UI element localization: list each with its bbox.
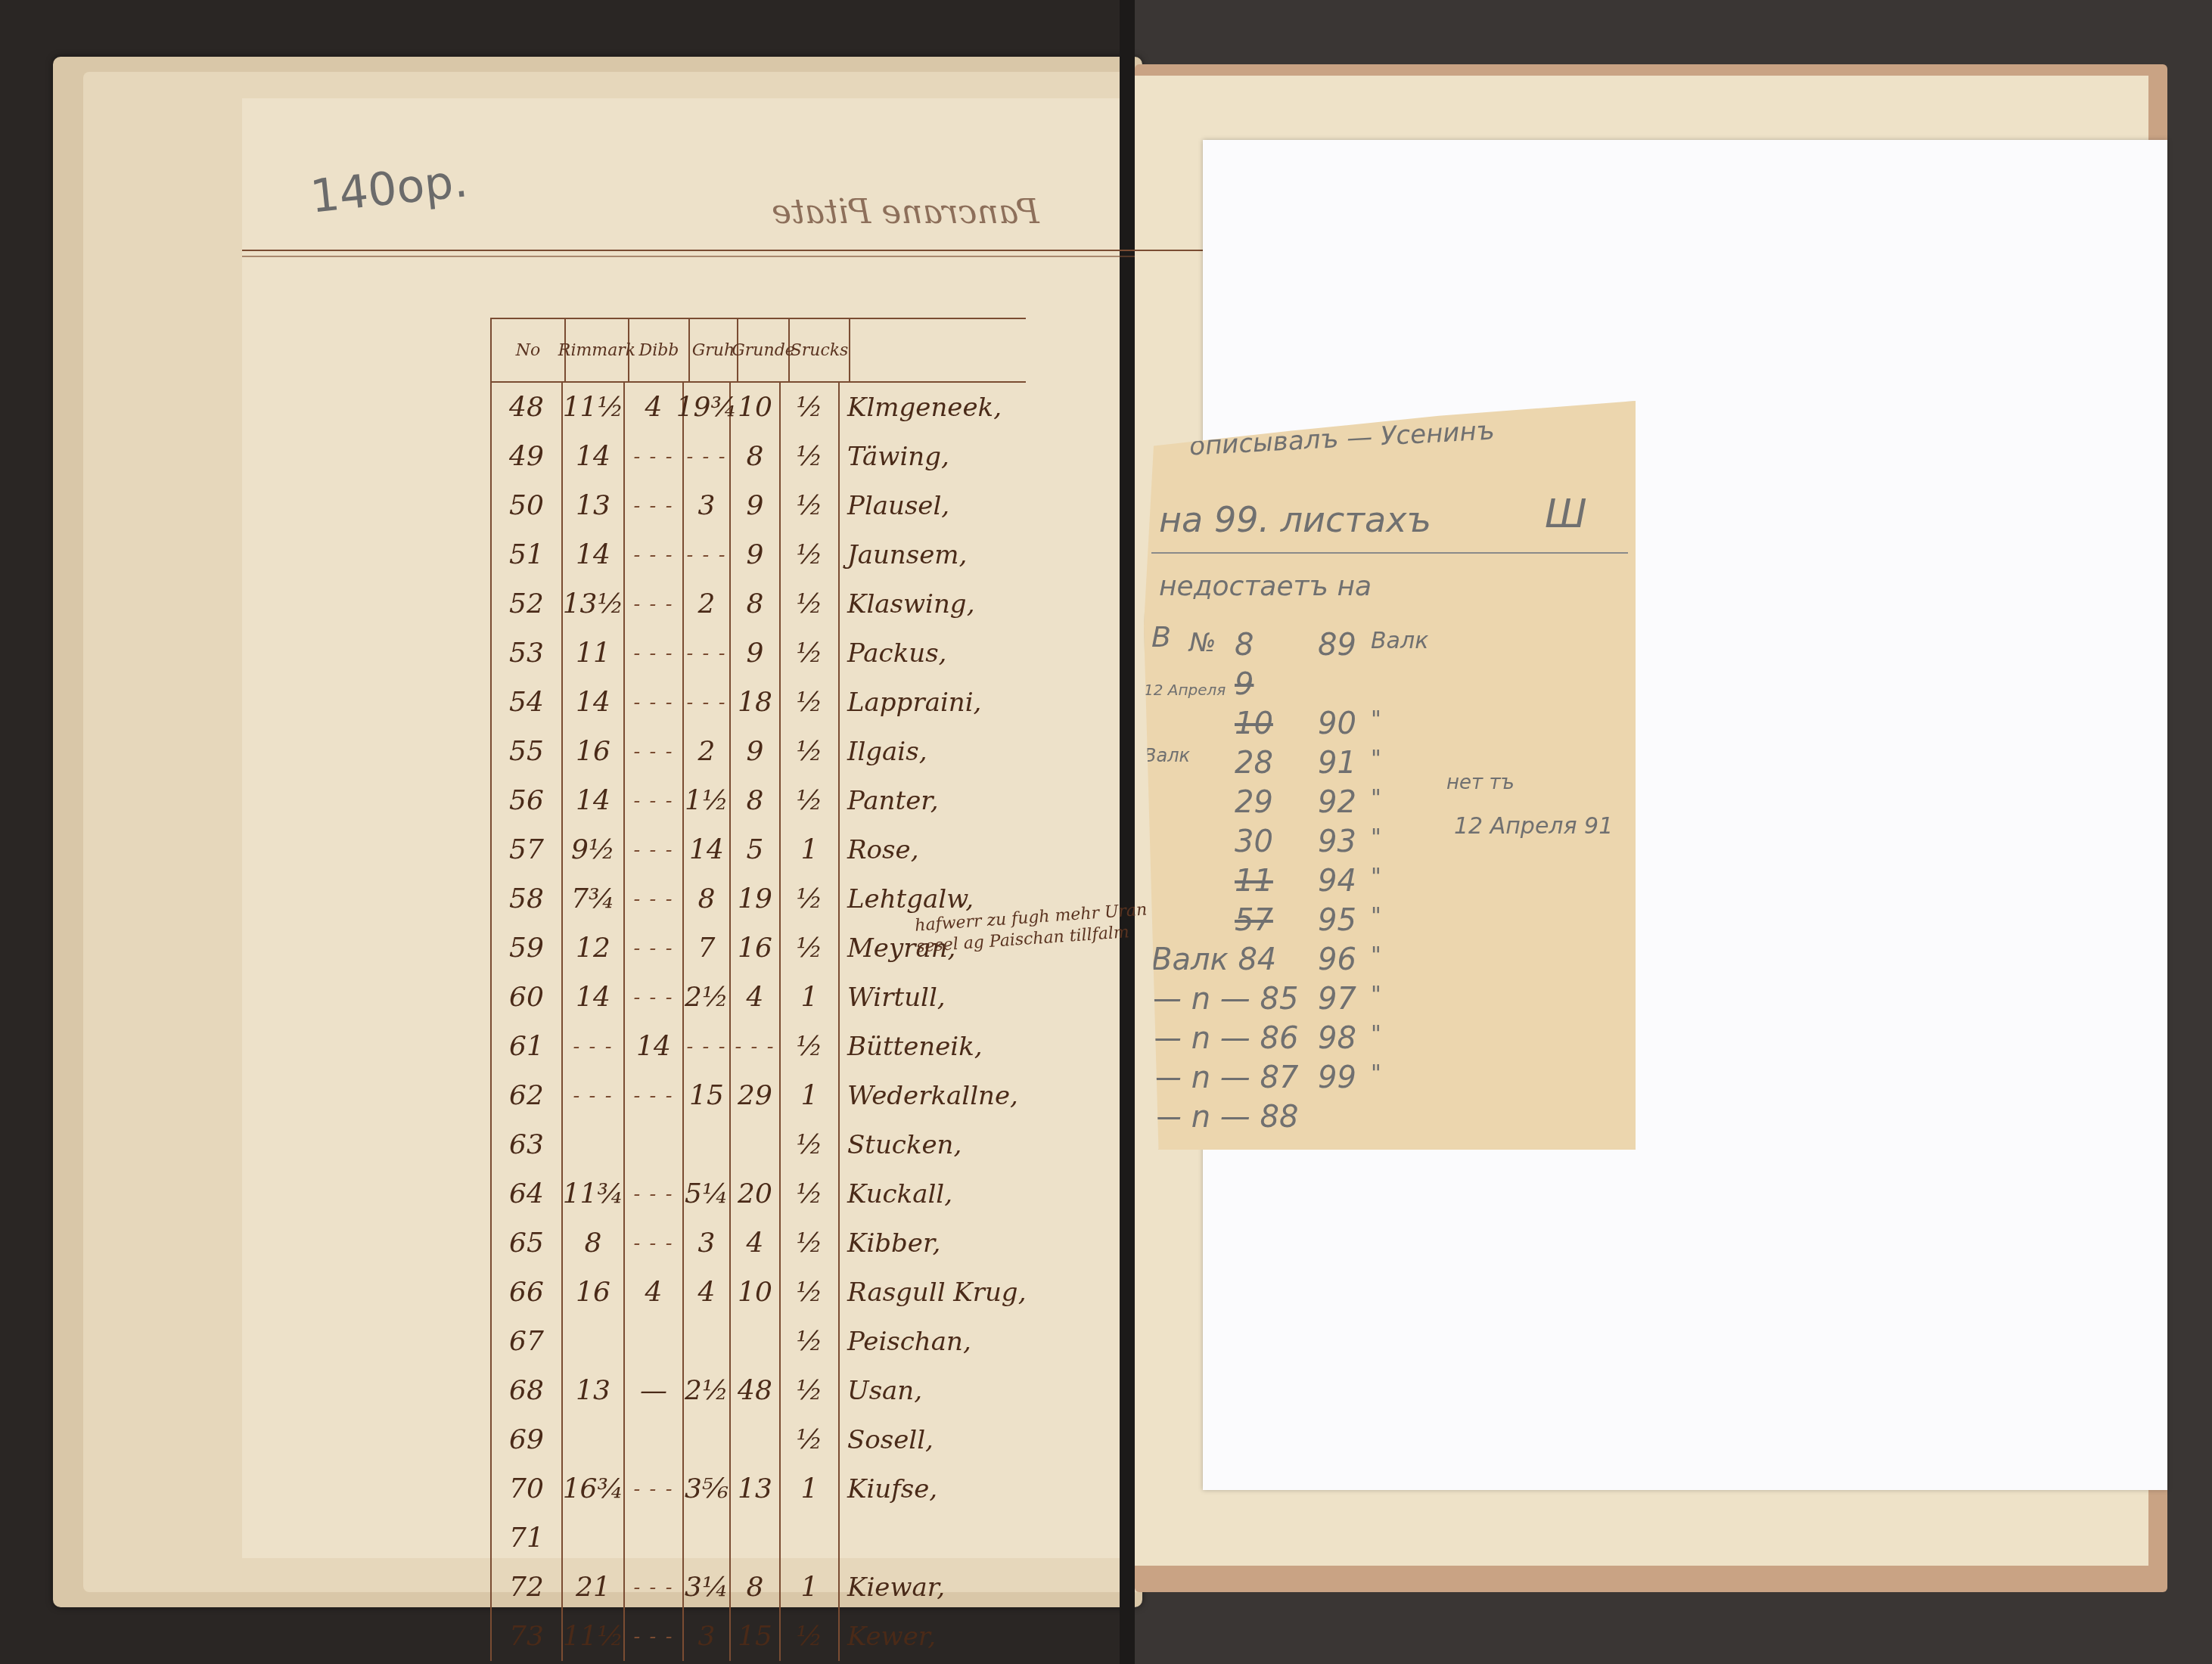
ledger-cell-no: 58 [490, 874, 563, 924]
ledger-row: 61- - -14- - -- - -½Bütteneik, [490, 1022, 1026, 1071]
ledger-row: 5213½- - -28½Klaswing, [490, 579, 1026, 629]
note-entry-right: 97 [1318, 982, 1356, 1017]
ledger-cell-c5: ½ [781, 530, 840, 579]
ledger-cell-c3 [684, 1513, 731, 1563]
ledger-cell-c2: 4 [625, 383, 684, 432]
ledger-row: 7311½- - -315½Kewer, [490, 1612, 1026, 1661]
ledger-cell-no: 63 [490, 1120, 563, 1169]
ledger-row: 5614- - -1½8½Panter, [490, 776, 1026, 825]
ledger-body: 4811½419¾10½Klmgeneek,4914- - -- - -8½Tä… [490, 383, 1026, 1661]
ledger-cell-no: 51 [490, 530, 563, 579]
ledger-cell-c3: - - - [684, 678, 731, 727]
ledger-name: Kibber, [840, 1228, 940, 1259]
ledger-cell-c3: 3⅚ [684, 1464, 731, 1513]
ledger-name: Panter, [840, 786, 939, 816]
ledger-cell-c2: - - - [625, 776, 684, 825]
ledger-cell-no: 66 [490, 1268, 563, 1317]
note-prefix-b: В [1151, 620, 1171, 653]
note-entry-right: 96 [1318, 942, 1356, 977]
ledger-cell-c1: 11¾ [563, 1169, 625, 1219]
note-entry-tail: " [1371, 706, 1381, 733]
ledger-cell-c2 [625, 1513, 684, 1563]
ledger-cell-no: 70 [490, 1464, 563, 1513]
ledger-cell-c1: 14 [563, 432, 625, 481]
ledger-cell-no: 71 [490, 1513, 563, 1563]
ledger-cell-c1: - - - [563, 1022, 625, 1071]
ledger-cell-c4: 16 [731, 924, 781, 973]
note-entry-right: 95 [1318, 903, 1356, 938]
ledger-cell-c1: 8 [563, 1219, 625, 1268]
ledger-name: Täwing, [840, 442, 949, 472]
ledger-cell-c3 [684, 1317, 731, 1366]
ledger-cell-no: 54 [490, 678, 563, 727]
ledger-cell-c3: - - - [684, 530, 731, 579]
ledger-cell-c2 [625, 1120, 684, 1169]
ledger-cell-c5: ½ [781, 924, 840, 973]
ledger-row: 658- - -34½Kibber, [490, 1219, 1026, 1268]
ledger-cell-c3: 19¾ [684, 383, 731, 432]
column-header: Grunde [738, 319, 790, 381]
ledger-cell-c4: 9 [731, 629, 781, 678]
ledger-row: 5013- - -39½Plausel, [490, 481, 1026, 530]
ledger-cell-c3: - - - [684, 1022, 731, 1071]
ledger-cell-no: 53 [490, 629, 563, 678]
ledger-cell-c3: 2 [684, 579, 731, 629]
ledger-cell-c2: 14 [625, 1022, 684, 1071]
ledger-cell-c2: - - - [625, 1071, 684, 1120]
ledger-cell-c2: - - - [625, 481, 684, 530]
page-header-title: Pancrane Pitate [772, 193, 1039, 231]
ledger-name: Jaunsem, [840, 540, 967, 570]
ledger-row: 579½- - -1451Rose, [490, 825, 1026, 874]
ledger-cell-c5: ½ [781, 481, 840, 530]
ledger-name: Kuckall, [840, 1179, 952, 1209]
ledger-cell-no: 55 [490, 727, 563, 776]
ledger-cell-c5: ½ [781, 1366, 840, 1415]
ledger-cell-c1: 9½ [563, 825, 625, 874]
ledger-name: Packus, [840, 638, 946, 669]
note-date-left: 12 Апреля [1144, 681, 1226, 699]
ledger-name: Klmgeneek, [840, 393, 1002, 423]
ledger-cell-c3 [684, 1120, 731, 1169]
ledger-cell-no: 69 [490, 1415, 563, 1464]
ledger-cell-no: 68 [490, 1366, 563, 1415]
ledger-cell-no: 65 [490, 1219, 563, 1268]
ledger-name: Sosell, [840, 1425, 934, 1455]
ledger-cell-c1: 12 [563, 924, 625, 973]
note-word-left: Валк [1144, 745, 1190, 766]
note-entry-left: 29 [1235, 785, 1273, 820]
ledger-cell-c4: 15 [731, 1612, 781, 1661]
ledger-cell-no: 57 [490, 825, 563, 874]
ledger-row: 6014- - -2½41Wirtull, [490, 973, 1026, 1022]
note-entry-tail: " [1371, 746, 1381, 772]
ledger-cell-no: 73 [490, 1612, 563, 1661]
ledger-row: 4914- - -- - -8½Täwing, [490, 432, 1026, 481]
ledger-name: Bütteneik, [840, 1032, 983, 1062]
note-entry-tail: " [1371, 1021, 1381, 1048]
note-entry-right: 98 [1318, 1021, 1356, 1056]
ledger-cell-c2: - - - [625, 727, 684, 776]
ledger-cell-c1: 13 [563, 1366, 625, 1415]
ledger-cell-c4: 8 [731, 1563, 781, 1612]
note-entry-left: 28 [1235, 746, 1273, 781]
ledger-cell-c5: ½ [781, 1268, 840, 1317]
ledger-row: 4811½419¾10½Klmgeneek, [490, 383, 1026, 432]
ledger-cell-c2: - - - [625, 1563, 684, 1612]
ledger-cell-c3: - - - [684, 629, 731, 678]
note-entry-right: 93 [1318, 824, 1356, 859]
ledger-cell-c2: - - - [625, 1464, 684, 1513]
ledger-cell-c1: 16 [563, 1268, 625, 1317]
note-entry-right: 90 [1318, 706, 1356, 741]
ledger-header-row: No Rimmark Dibb Gruh Grunde Srucks [490, 318, 1026, 383]
ledger-name: Plausel, [840, 491, 949, 521]
ledger-cell-c4: 13 [731, 1464, 781, 1513]
ledger-cell-c1: 16¾ [563, 1464, 625, 1513]
ledger-cell-c2: - - - [625, 973, 684, 1022]
note-entry-right: 99 [1318, 1060, 1356, 1095]
ledger-cell-c3: 1½ [684, 776, 731, 825]
ledger-cell-c4 [731, 1513, 781, 1563]
ledger-cell-c5: ½ [781, 678, 840, 727]
ledger-row: 7221- - -3¼81Kiewar, [490, 1563, 1026, 1612]
ledger-cell-c4: 9 [731, 481, 781, 530]
ledger-cell-c4 [731, 1415, 781, 1464]
ledger-cell-no: 52 [490, 579, 563, 629]
ledger-cell-c4: 10 [731, 383, 781, 432]
ledger-cell-c1: 21 [563, 1563, 625, 1612]
ledger-row: 6411¾- - -5¼20½Kuckall, [490, 1169, 1026, 1219]
ledger-cell-c4: 4 [731, 973, 781, 1022]
note-title: на 99. листахъ [1159, 499, 1431, 540]
ledger-cell-c3: 8 [684, 874, 731, 924]
note-entry-right: 94 [1318, 864, 1356, 899]
ledger-cell-no: 59 [490, 924, 563, 973]
header-rule-double [242, 256, 1135, 257]
ledger-cell-c1 [563, 1317, 625, 1366]
ledger-cell-c4: 19 [731, 874, 781, 924]
ledger-cell-c3: 14 [684, 825, 731, 874]
ledger-cell-c4 [731, 1120, 781, 1169]
ledger-cell-c5: ½ [781, 1415, 840, 1464]
ledger-name: Lappraini, [840, 688, 981, 718]
ledger-cell-c3: - - - [684, 432, 731, 481]
ledger-row: 63½Stucken, [490, 1120, 1026, 1169]
ledger-row: 62- - -- - -15291Wederkallne, [490, 1071, 1026, 1120]
ledger-table: No Rimmark Dibb Gruh Grunde Srucks 4811½… [490, 318, 1026, 1661]
ledger-name: Stucken, [840, 1130, 962, 1160]
ledger-cell-c4: 20 [731, 1169, 781, 1219]
ledger-cell-c2: - - - [625, 1612, 684, 1661]
ledger-cell-c5: ½ [781, 776, 840, 825]
ledger-cell-c4: 48 [731, 1366, 781, 1415]
ledger-name: Klaswing, [840, 589, 974, 619]
ledger-row: 7016¾- - -3⅚131Kiufse, [490, 1464, 1026, 1513]
note-entry-left: Валк 84 [1151, 942, 1276, 977]
ledger-cell-c1: 14 [563, 678, 625, 727]
ledger-cell-c1: - - - [563, 1071, 625, 1120]
ledger-cell-c1 [563, 1415, 625, 1464]
note-mark: Ш [1545, 492, 1587, 537]
note-entry-right: 91 [1318, 746, 1356, 781]
note-entry-tail: " [1371, 864, 1381, 890]
ledger-cell-c5: ½ [781, 1022, 840, 1071]
column-header: Srucks [790, 319, 850, 381]
ledger-cell-c3: 3 [684, 1612, 731, 1661]
ledger-cell-c2: - - - [625, 629, 684, 678]
ledger-cell-c3 [684, 1415, 731, 1464]
ledger-cell-no: 64 [490, 1169, 563, 1219]
ledger-cell-c5: ½ [781, 1317, 840, 1366]
ledger-cell-c5: ½ [781, 579, 840, 629]
ledger-cell-c2: - - - [625, 874, 684, 924]
ledger-cell-c1: 11½ [563, 1612, 625, 1661]
note-prefix-no: № [1189, 628, 1216, 658]
ledger-name: Peischan, [840, 1327, 971, 1357]
header-rule [242, 250, 1135, 251]
ledger-cell-c1: 14 [563, 973, 625, 1022]
ledger-cell-no: 61 [490, 1022, 563, 1071]
ledger-cell-c3: 2½ [684, 973, 731, 1022]
ledger-cell-c4: 8 [731, 776, 781, 825]
ledger-name: Rasgull Krug, [840, 1277, 1026, 1308]
ledger-cell-c2: - - - [625, 530, 684, 579]
ledger-cell-no: 72 [490, 1563, 563, 1612]
note-side-date: 12 Апреля 91 [1454, 813, 1613, 840]
ledger-cell-no: 48 [490, 383, 563, 432]
note-entry-right: 89 [1318, 628, 1356, 663]
ledger-cell-c1 [563, 1513, 625, 1563]
ledger-name: Lehtgalw, [840, 884, 974, 914]
ledger-cell-c5: 1 [781, 825, 840, 874]
ledger-cell-c4: 5 [731, 825, 781, 874]
ledger-cell-c3: 4 [684, 1268, 731, 1317]
ledger-cell-c5: ½ [781, 1219, 840, 1268]
ledger-name: Kewer, [840, 1622, 936, 1652]
column-header: No [490, 319, 566, 381]
ledger-cell-c2: - - - [625, 579, 684, 629]
ledger-row: 5114- - -- - -9½Jaunsem, [490, 530, 1026, 579]
ledger-name: Kiewar, [840, 1572, 945, 1603]
ledger-cell-c3: 7 [684, 924, 731, 973]
ledger-cell-c5: ½ [781, 1612, 840, 1661]
ledger-cell-c3: 2 [684, 727, 731, 776]
ledger-cell-c3: 3¼ [684, 1563, 731, 1612]
ledger-cell-c1: 14 [563, 530, 625, 579]
ledger-row: 69½Sosell, [490, 1415, 1026, 1464]
ledger-name: Kiufse, [840, 1474, 937, 1504]
note-entry-left: 9 [1235, 667, 1254, 702]
ledger-cell-c5: ½ [781, 432, 840, 481]
ledger-cell-c1: 13 [563, 481, 625, 530]
note-entry-tail: " [1371, 1060, 1381, 1087]
ledger-name: Wederkallne, [840, 1081, 1018, 1111]
ledger-row: 5516- - -29½Ilgais, [490, 727, 1026, 776]
ledger-cell-c5: 1 [781, 1464, 840, 1513]
ledger-cell-c5: 1 [781, 1071, 840, 1120]
ledger-cell-c2: - - - [625, 1219, 684, 1268]
note-side-note: нет тъ [1446, 771, 1515, 794]
ledger-cell-c2: - - - [625, 432, 684, 481]
ledger-row: 6813—2½48½Usan, [490, 1366, 1026, 1415]
ledger-cell-no: 50 [490, 481, 563, 530]
ledger-cell-no: 56 [490, 776, 563, 825]
ledger-name: Ilgais, [840, 737, 927, 767]
ledger-cell-c2: — [625, 1366, 684, 1415]
ledger-cell-c1: 13½ [563, 579, 625, 629]
attached-note-slip: описывалъ — Усенинъ на 99. листахъ Ш нед… [1144, 401, 1636, 1150]
ledger-cell-c4: 10 [731, 1268, 781, 1317]
ledger-cell-c4: - - - [731, 1022, 781, 1071]
note-entry-tail: " [1371, 903, 1381, 930]
note-entry-left: — n — 85 [1151, 982, 1298, 1017]
ledger-cell-c5: 1 [781, 973, 840, 1022]
ledger-cell-c1: 7¾ [563, 874, 625, 924]
ledger-cell-c5: ½ [781, 383, 840, 432]
ledger-cell-c1: 16 [563, 727, 625, 776]
ledger-cell-c2: - - - [625, 825, 684, 874]
ledger-row: 66164410½Rasgull Krug, [490, 1268, 1026, 1317]
ledger-cell-no: 67 [490, 1317, 563, 1366]
ledger-row: 5311- - -- - -9½Packus, [490, 629, 1026, 678]
ledger-row: 71 [490, 1513, 1026, 1563]
ledger-cell-c3: 15 [684, 1071, 731, 1120]
ledger-row: 67½Peischan, [490, 1317, 1026, 1366]
note-entry-left: — n — 87 [1151, 1060, 1298, 1095]
ledger-cell-no: 60 [490, 973, 563, 1022]
note-divider [1151, 552, 1628, 554]
column-header: Rimmark [566, 319, 629, 381]
ledger-cell-c4: 8 [731, 579, 781, 629]
ledger-cell-c4: 9 [731, 530, 781, 579]
note-entry-left: 8 [1235, 628, 1254, 663]
ledger-cell-c2 [625, 1415, 684, 1464]
ledger-cell-c3: 5¼ [684, 1169, 731, 1219]
ledger-cell-c5: 1 [781, 1563, 840, 1612]
column-header: Dibb [629, 319, 690, 381]
note-entry-tail: " [1371, 942, 1381, 969]
note-entry-left: 30 [1235, 824, 1273, 859]
ledger-cell-c1: 11 [563, 629, 625, 678]
ledger-cell-c4 [731, 1317, 781, 1366]
ledger-cell-c5 [781, 1513, 840, 1563]
note-entry-tail: " [1371, 982, 1381, 1008]
ledger-cell-c4: 18 [731, 678, 781, 727]
note-subtitle: недостаетъ на [1159, 571, 1372, 602]
ledger-cell-c5: ½ [781, 874, 840, 924]
ledger-cell-c4: 29 [731, 1071, 781, 1120]
ledger-cell-c5: ½ [781, 1169, 840, 1219]
ledger-cell-c2 [625, 1317, 684, 1366]
note-entry-left: — n — 86 [1151, 1021, 1298, 1056]
note-entry-left: 10 [1235, 706, 1273, 741]
ledger-name: Rose, [840, 835, 918, 865]
note-entry-left: — n — 88 [1151, 1100, 1298, 1135]
ledger-cell-no: 62 [490, 1071, 563, 1120]
ledger-cell-c5: ½ [781, 629, 840, 678]
ledger-cell-c5: ½ [781, 727, 840, 776]
ledger-name: Usan, [840, 1376, 922, 1406]
ledger-cell-c5: ½ [781, 1120, 840, 1169]
ledger-cell-c1 [563, 1120, 625, 1169]
ledger-cell-c3: 3 [684, 1219, 731, 1268]
note-entry-tail: Валк [1371, 628, 1428, 654]
ledger-cell-c1: 11½ [563, 383, 625, 432]
ledger-cell-c3: 2½ [684, 1366, 731, 1415]
ledger-name: Wirtull, [840, 983, 946, 1013]
note-entry-left: 57 [1235, 903, 1273, 938]
note-entry-left: 11 [1235, 864, 1273, 899]
ledger-cell-c2: - - - [625, 1169, 684, 1219]
ledger-cell-c4: 9 [731, 727, 781, 776]
note-entry-tail: " [1371, 785, 1381, 812]
ledger-cell-c4: 4 [731, 1219, 781, 1268]
ledger-cell-c2: 4 [625, 1268, 684, 1317]
ledger-cell-c3: 3 [684, 481, 731, 530]
ledger-cell-c2: - - - [625, 678, 684, 727]
ledger-row: 5414- - -- - -18½Lappraini, [490, 678, 1026, 727]
ledger-cell-c1: 14 [563, 776, 625, 825]
ledger-cell-c4: 8 [731, 432, 781, 481]
ledger-cell-no: 49 [490, 432, 563, 481]
ledger-cell-c2: - - - [625, 924, 684, 973]
note-entry-tail: " [1371, 824, 1381, 851]
note-entry-right: 92 [1318, 785, 1356, 820]
